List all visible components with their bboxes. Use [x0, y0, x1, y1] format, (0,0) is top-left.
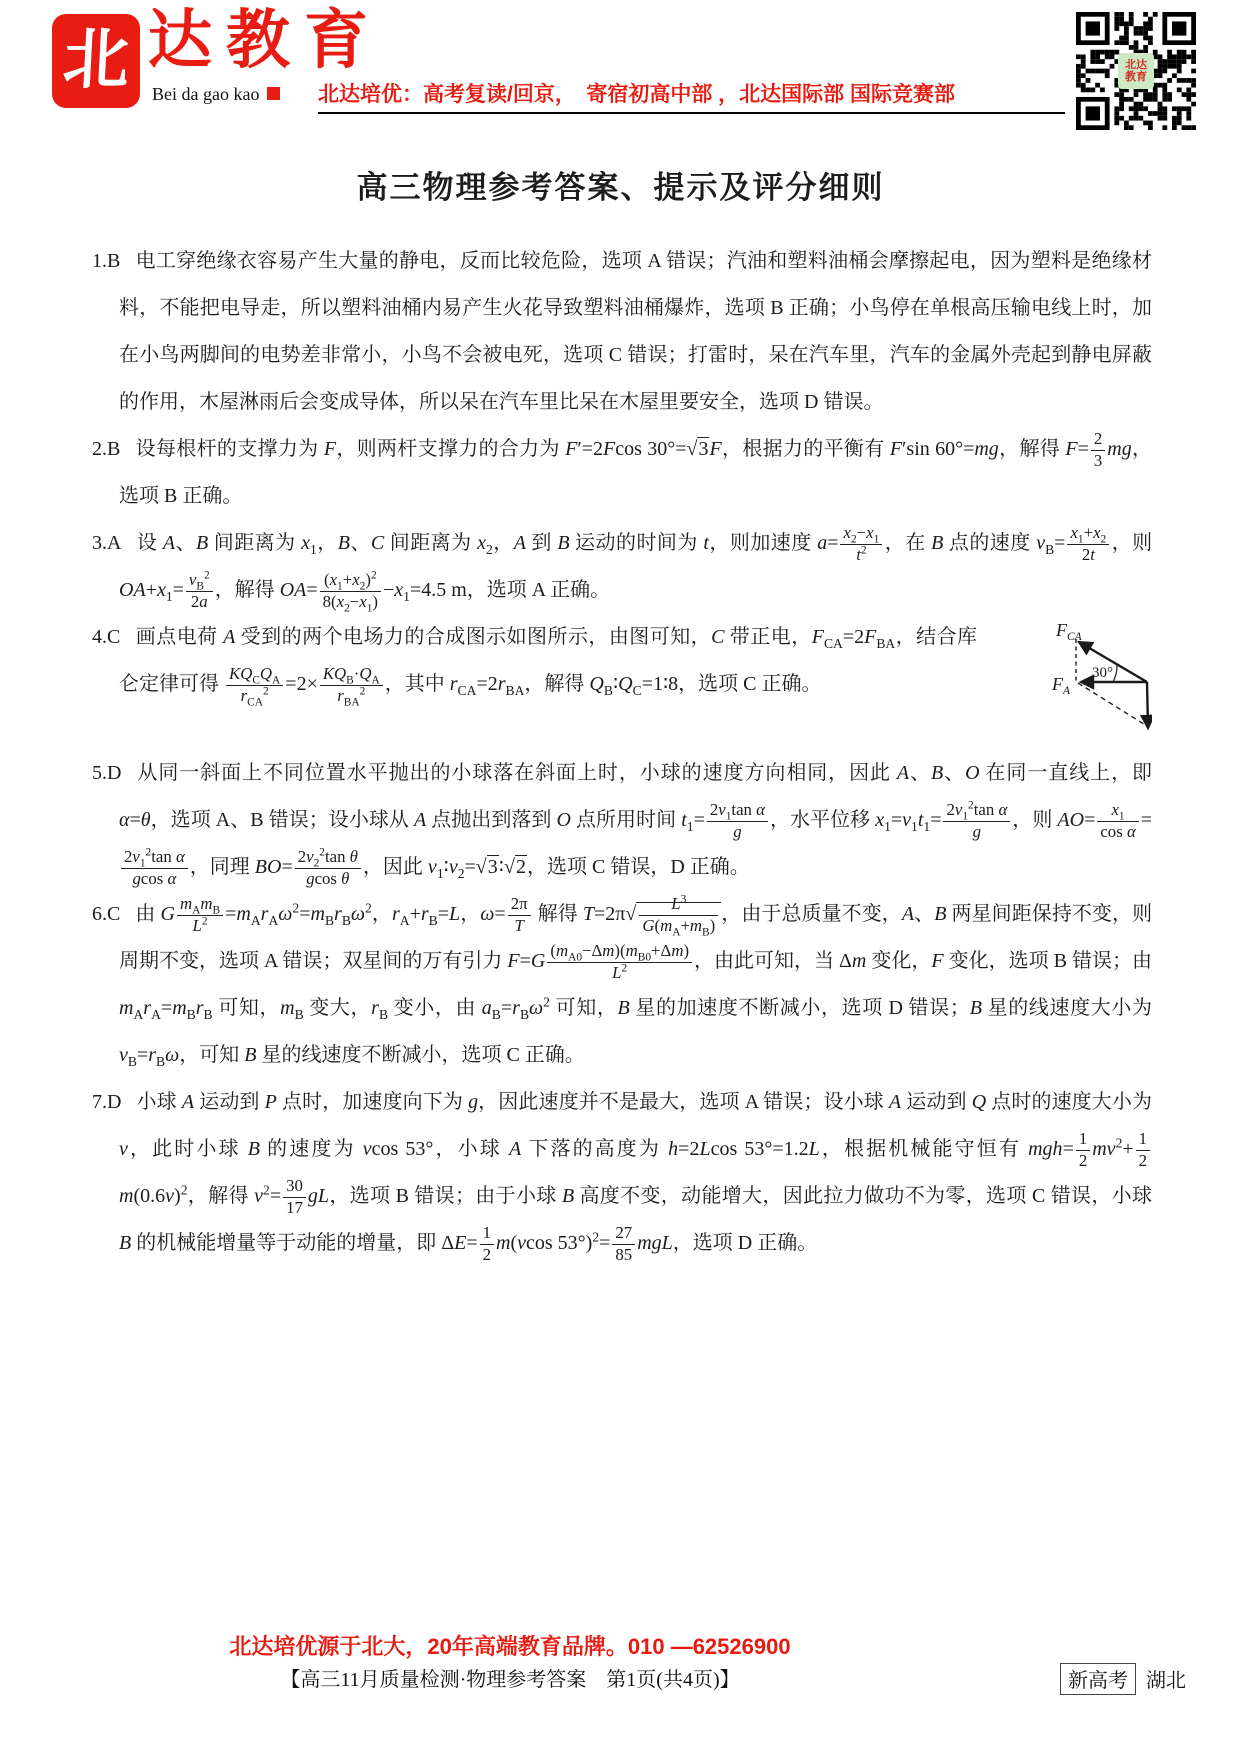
label-fa: FA — [1051, 674, 1071, 697]
brand-square-icon — [267, 87, 280, 100]
vector-fca — [1079, 642, 1147, 682]
answer-number: 3.A — [92, 532, 121, 554]
answer-number: 4.C — [92, 626, 120, 648]
answer-text: 设每根杆的支撑力为 F，则两杆支撑力的合力为 F′=2Fcos 30°=√3F，… — [119, 438, 1152, 507]
qr-center-label: 北达 教育 — [1118, 53, 1154, 89]
brand-subtitle-text: Bei da gao kao — [152, 84, 259, 104]
dashed-diagonal — [1078, 683, 1147, 726]
answer-text: 由 GmAmBL2=mArAω2=mBrBω2，rA+rB=L，ω=2πT 解得… — [119, 903, 1152, 1066]
answer-number: 6.C — [92, 903, 120, 925]
answer-text: 设 A、B 间距离为 x1，B、C 间距离为 x2，A 到 B 运动的时间为 t… — [119, 532, 1152, 601]
angle-arc — [1113, 665, 1117, 683]
answer-item-6.C: 6.C由 GmAmBL2=mArAω2=mBrBω2，rA+rB=L，ω=2πT… — [92, 891, 1152, 1079]
qr-label-line2: 教育 — [1125, 71, 1147, 83]
answer-text: 小球 A 运动到 P 点时，加速度向下为 g，因此速度并不是最大，选项 A 错误… — [119, 1091, 1152, 1254]
answer-item-4.C: FCA FA FBA 30° 4.C画点电荷 A 受到的两个电场力的合成图示如图… — [92, 614, 1152, 708]
answer-item-1.B: 1.B电工穿绝缘衣容易产生大量的静电，反而比较危险，选项 A 错误；汽油和塑料油… — [92, 238, 1152, 426]
footer-promo: 北达培优源于北大，20年高端教育品牌。010 —62526900 — [0, 1630, 1020, 1661]
header-tagline: 北达培优：高考复读/回京， 寄宿初高中部 ，北达国际部 国际竞赛部 — [318, 78, 955, 108]
footer: 【高三11月质量检测·物理参考答案 第1页(共4页)】 新高考湖北 — [0, 1663, 1241, 1693]
vector-fba — [1147, 682, 1148, 728]
answers-list: 1.B电工穿绝缘衣容易产生大量的静电，反而比较危险，选项 A 错误；汽油和塑料油… — [92, 238, 1152, 1618]
qr-label-line1: 北达 — [1125, 59, 1147, 71]
label-angle: 30° — [1092, 665, 1113, 681]
qr-code: 北达 教育 — [1076, 12, 1196, 130]
footer-exam-region: 新高考湖北 — [1060, 1663, 1186, 1695]
answer-item-2.B: 2.B设每根杆的支撑力为 F，则两杆支撑力的合力为 F′=2Fcos 30°=√… — [92, 426, 1152, 520]
brand-seal-logo: 北 — [54, 16, 138, 106]
header-divider — [318, 112, 1065, 114]
seal-character: 北 — [61, 28, 130, 94]
answer-number: 1.B — [92, 250, 120, 272]
answer-item-3.A: 3.A设 A、B 间距离为 x1，B、C 间距离为 x2，A 到 B 运动的时间… — [92, 520, 1152, 614]
brand-name: 达教育 — [148, 6, 382, 76]
region-label: 湖北 — [1146, 1670, 1186, 1692]
footer-page-info: 【高三11月质量检测·物理参考答案 第1页(共4页)】 — [0, 1663, 1020, 1692]
answer-item-7.D: 7.D小球 A 运动到 P 点时，加速度向下为 g，因此速度并不是最大，选项 A… — [92, 1079, 1152, 1267]
answer-item-5.D: 5.D从同一斜面上不同位置水平抛出的小球落在斜面上时，小球的速度方向相同，因此 … — [92, 750, 1152, 891]
label-fca: FCA — [1055, 620, 1083, 643]
answer-text: 电工穿绝缘衣容易产生大量的静电，反而比较危险，选项 A 错误；汽油和塑料油桶会摩… — [119, 250, 1152, 413]
answer-sheet-page: 北 达教育 Bei da gao kao 北达培优：高考复读/回京， 寄宿初高中… — [0, 0, 1241, 1754]
answer-text: 画点电荷 A 受到的两个电场力的合成图示如图所示，由图可知，C 带正电，FCA=… — [119, 626, 977, 695]
answer-number: 5.D — [92, 762, 121, 784]
answer-number: 7.D — [92, 1091, 121, 1113]
page-title: 高三物理参考答案、提示及评分细则 — [0, 162, 1241, 207]
brand-subtitle: Bei da gao kao — [152, 84, 280, 105]
header: 北 达教育 Bei da gao kao 北达培优：高考复读/回京， 寄宿初高中… — [0, 0, 1241, 138]
force-vector-diagram: FCA FA FBA 30° — [989, 620, 1152, 748]
answer-number: 2.B — [92, 438, 120, 460]
exam-type-badge: 新高考 — [1060, 1663, 1136, 1695]
answer-text: 从同一斜面上不同位置水平抛出的小球落在斜面上时，小球的速度方向相同，因此 A、B… — [119, 762, 1152, 878]
